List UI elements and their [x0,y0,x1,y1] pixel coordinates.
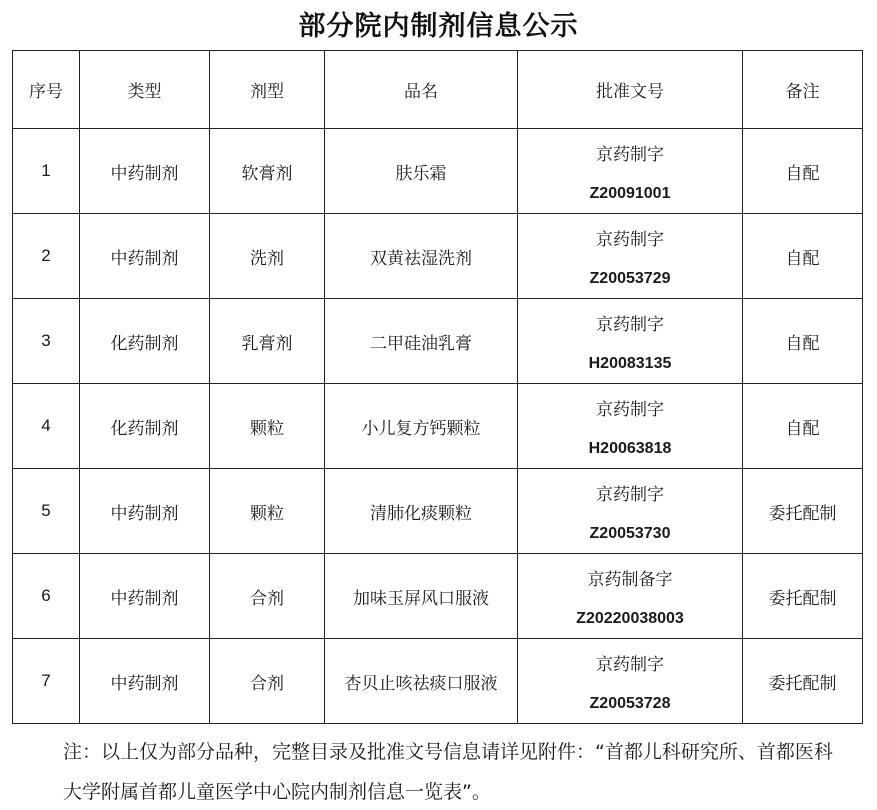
cell-name: 清肺化痰颗粒 [325,469,518,554]
cell-no: 6 [13,554,80,639]
cell-name: 二甲硅油乳膏 [325,299,518,384]
cell-approval: 京药制字 Z20053730 [518,469,743,554]
table-row: 2 中药制剂 洗剂 双黄祛湿洗剂 京药制字 Z20053729 自配 [13,214,863,299]
cell-no: 4 [13,384,80,469]
cell-approval: 京药制字 Z20053729 [518,214,743,299]
cell-no: 3 [13,299,80,384]
approval-prefix: 京药制字 [518,310,742,335]
cell-form: 乳膏剂 [210,299,325,384]
cell-approval: 京药制字 H20063818 [518,384,743,469]
table-row: 7 中药制剂 合剂 杏贝止咳祛痰口服液 京药制字 Z20053728 委托配制 [13,639,863,724]
cell-type: 化药制剂 [80,384,210,469]
cell-name: 小儿复方钙颗粒 [325,384,518,469]
cell-approval: 京药制字 H20083135 [518,299,743,384]
cell-no: 2 [13,214,80,299]
header-type: 类型 [80,51,210,129]
approval-prefix: 京药制字 [518,140,742,165]
cell-type: 中药制剂 [80,214,210,299]
cell-remark: 委托配制 [743,639,863,724]
approval-prefix: 京药制字 [518,225,742,250]
cell-approval: 京药制字 Z20053728 [518,639,743,724]
header-form: 剂型 [210,51,325,129]
table-row: 4 化药制剂 颗粒 小儿复方钙颗粒 京药制字 H20063818 自配 [13,384,863,469]
preparation-info-table: 序号 类型 剂型 品名 批准文号 备注 1 中药制剂 软膏剂 肤乐霜 京药制字 … [12,50,863,724]
table-row: 6 中药制剂 合剂 加味玉屏风口服液 京药制备字 Z20220038003 委托… [13,554,863,639]
approval-code: Z20053730 [518,525,742,543]
cell-form: 软膏剂 [210,129,325,214]
approval-code: H20083135 [518,355,742,373]
cell-remark: 自配 [743,214,863,299]
cell-remark: 自配 [743,129,863,214]
cell-remark: 委托配制 [743,469,863,554]
cell-approval: 京药制字 Z20091001 [518,129,743,214]
cell-name: 杏贝止咳祛痰口服液 [325,639,518,724]
cell-form: 洗剂 [210,214,325,299]
header-name: 品名 [325,51,518,129]
header-approval: 批准文号 [518,51,743,129]
approval-code: Z20220038003 [518,610,742,628]
approval-code: Z20053728 [518,695,742,713]
table-header-row: 序号 类型 剂型 品名 批准文号 备注 [13,51,863,129]
cell-type: 中药制剂 [80,129,210,214]
cell-no: 5 [13,469,80,554]
approval-code: Z20053729 [518,270,742,288]
cell-form: 合剂 [210,554,325,639]
cell-type: 中药制剂 [80,554,210,639]
cell-name: 双黄祛湿洗剂 [325,214,518,299]
page-title: 部分院内制剂信息公示 [0,4,877,43]
table-row: 3 化药制剂 乳膏剂 二甲硅油乳膏 京药制字 H20083135 自配 [13,299,863,384]
cell-form: 合剂 [210,639,325,724]
cell-no: 1 [13,129,80,214]
approval-prefix: 京药制字 [518,480,742,505]
approval-code: H20063818 [518,440,742,458]
cell-type: 中药制剂 [80,639,210,724]
approval-code: Z20091001 [518,185,742,203]
table-row: 1 中药制剂 软膏剂 肤乐霜 京药制字 Z20091001 自配 [13,129,863,214]
footnote: 注：以上仅为部分品种，完整目录及批准文号信息请详见附件：“首都儿科研究所、首都医… [63,732,843,810]
cell-remark: 自配 [743,299,863,384]
cell-remark: 委托配制 [743,554,863,639]
cell-name: 加味玉屏风口服液 [325,554,518,639]
cell-type: 化药制剂 [80,299,210,384]
approval-prefix: 京药制字 [518,650,742,675]
cell-approval: 京药制备字 Z20220038003 [518,554,743,639]
cell-type: 中药制剂 [80,469,210,554]
table-row: 5 中药制剂 颗粒 清肺化痰颗粒 京药制字 Z20053730 委托配制 [13,469,863,554]
approval-prefix: 京药制字 [518,395,742,420]
cell-remark: 自配 [743,384,863,469]
cell-form: 颗粒 [210,469,325,554]
cell-form: 颗粒 [210,384,325,469]
approval-prefix: 京药制备字 [518,565,742,590]
cell-name: 肤乐霜 [325,129,518,214]
header-remark: 备注 [743,51,863,129]
cell-no: 7 [13,639,80,724]
header-no: 序号 [13,51,80,129]
